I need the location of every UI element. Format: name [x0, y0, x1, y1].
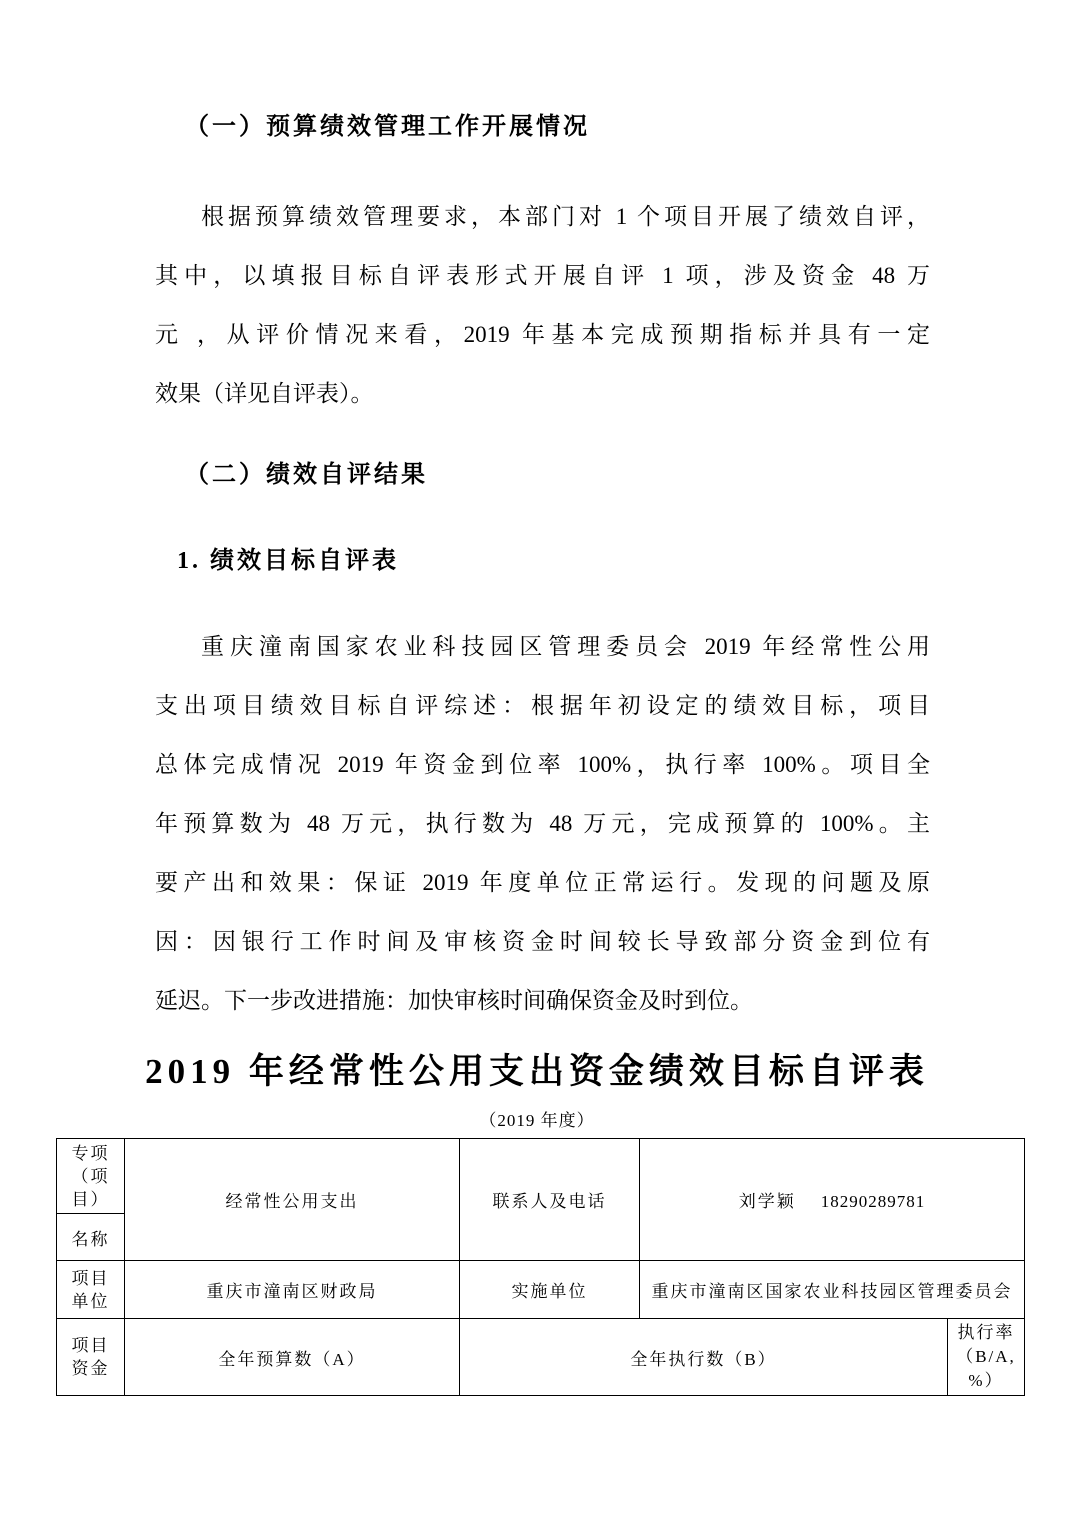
section-heading-1: （一）预算绩效管理工作开展情况	[155, 112, 985, 142]
cell-contact-value: 刘学颖18290289781	[640, 1139, 1025, 1261]
document-page: （一）预算绩效管理工作开展情况 根据预算绩效管理要求，本部门对 1 个项目开展了…	[0, 0, 1074, 1520]
cell-execution-label: 全年执行数（B）	[460, 1319, 948, 1396]
paragraph-self-evaluation-summary: 重庆潼南国家农业科技园区管理委员会 2019 年经常性公用支出项目绩效目标自评综…	[155, 617, 930, 1030]
text-line: 延迟。下一步改进措施：加快审核时间确保资金及时到位。	[155, 971, 930, 1030]
contact-name: 刘学颖	[739, 1192, 796, 1211]
subsection-heading-1: 1. 绩效目标自评表	[155, 546, 977, 576]
cell-project-name: 经常性公用支出	[125, 1139, 460, 1261]
cell-project-label-bottom: 名称	[57, 1214, 125, 1261]
text-line: 要产出和效果：保证 2019 年度单位正常运行。发现的问题及原	[155, 853, 930, 912]
cell-fund-label: 项目 资金	[57, 1319, 125, 1396]
contact-phone: 18290289781	[821, 1192, 926, 1211]
text-line: 总体完成情况 2019 年资金到位率 100%，执行率 100%。项目全	[155, 735, 930, 794]
text-line: 支出项目绩效目标自评综述：根据年初设定的绩效目标，项目	[155, 676, 930, 735]
text-line: 年预算数为 48 万元，执行数为 48 万元，完成预算的 100%。主	[155, 794, 930, 853]
text-line: 效果（详见自评表）。	[155, 364, 930, 423]
paragraph-overview: 根据预算绩效管理要求，本部门对 1 个项目开展了绩效自评，其中，以填报目标自评表…	[155, 187, 930, 423]
cell-impl-name: 重庆市潼南区国家农业科技园区管理委员会	[640, 1261, 1025, 1319]
cell-project-label-top: 专项 （项 目）	[57, 1139, 125, 1214]
table-subtitle: （2019 年度）	[0, 1106, 1074, 1131]
text-line: 元 ，从评价情况来看，2019 年基本完成预期指标并具有一定	[155, 305, 930, 364]
text-line: 重庆潼南国家农业科技园区管理委员会 2019 年经常性公用	[155, 617, 930, 676]
self-evaluation-table: 专项 （项 目） 经常性公用支出 联系人及电话 刘学颖18290289781 名…	[56, 1138, 1025, 1396]
text-line: 因：因银行工作时间及审核资金时间较长导致部分资金到位有	[155, 912, 930, 971]
table-row: 项目 单位 重庆市潼南区财政局 实施单位 重庆市潼南区国家农业科技园区管理委员会	[57, 1261, 1025, 1319]
cell-unit-label: 项目 单位	[57, 1261, 125, 1319]
section-heading-2: （二）绩效自评结果	[155, 460, 985, 490]
cell-budget-label: 全年预算数（A）	[125, 1319, 460, 1396]
cell-impl-label: 实施单位	[460, 1261, 640, 1319]
cell-contact-label: 联系人及电话	[460, 1139, 640, 1261]
table-title: 2019 年经常性公用支出资金绩效目标自评表	[0, 1050, 1074, 1094]
table-row: 专项 （项 目） 经常性公用支出 联系人及电话 刘学颖18290289781	[57, 1139, 1025, 1214]
cell-rate-label: 执行率 （B/A, %）	[948, 1319, 1025, 1396]
table-row: 项目 资金 全年预算数（A） 全年执行数（B） 执行率 （B/A, %）	[57, 1319, 1025, 1396]
text-line: 其中，以填报目标自评表形式开展自评 1 项，涉及资金 48 万	[155, 246, 930, 305]
cell-unit-name: 重庆市潼南区财政局	[125, 1261, 460, 1319]
text-line: 根据预算绩效管理要求，本部门对 1 个项目开展了绩效自评，	[155, 187, 930, 246]
